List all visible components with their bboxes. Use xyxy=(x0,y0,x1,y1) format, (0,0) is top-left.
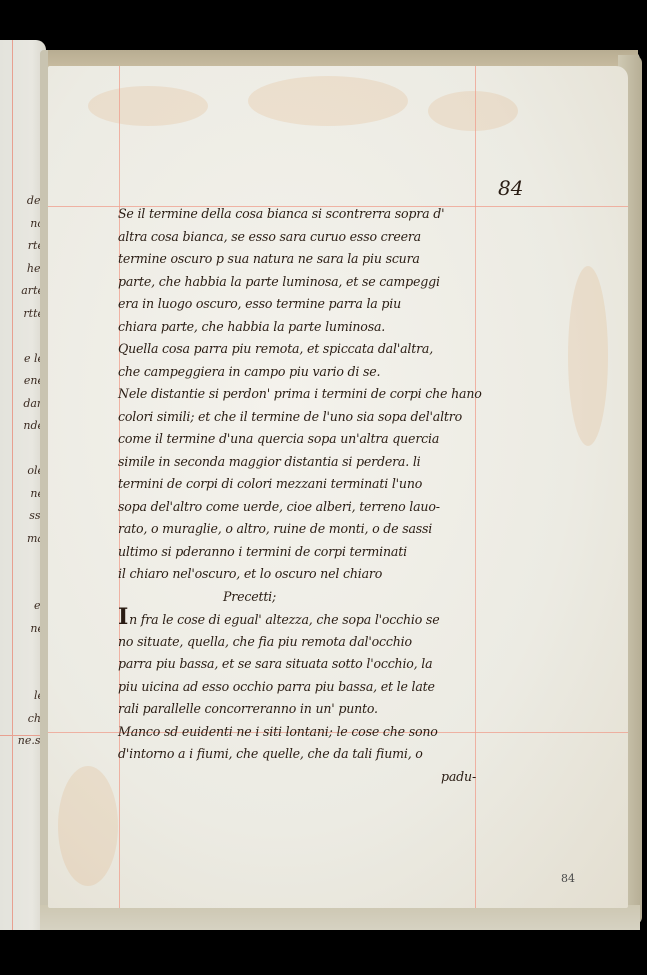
text-line: Nele distantie si perdon' prima i termin… xyxy=(118,383,486,406)
manuscript-text: Se il termine della cosa bianca si scont… xyxy=(118,203,486,788)
text-line: era in luogo oscuro, esso termine parra … xyxy=(118,293,486,316)
fragment: dan xyxy=(0,393,44,416)
text-line: come il termine d'una quercia sopa un'al… xyxy=(118,428,486,451)
text-line: termini de corpi di colori mezzani termi… xyxy=(118,473,486,496)
text-line: simile in seconda maggior distantia si p… xyxy=(118,451,486,474)
fragment: rte xyxy=(0,235,44,258)
text-line: no situate, quella, che fia piu remota d… xyxy=(118,631,486,654)
fragment: e, xyxy=(0,595,44,618)
text-line: piu uicina ad esso occhio parra piu bass… xyxy=(118,676,486,699)
fragment: del xyxy=(0,190,44,213)
text-line: In fra le cose di egual' altezza, che so… xyxy=(118,608,486,631)
text-line: sopa del'altro come uerde, cioe alberi, … xyxy=(118,496,486,519)
foxing-stain xyxy=(58,766,118,886)
fragment: ma xyxy=(0,528,44,551)
text-line: rali parallelle concorreranno in un' pun… xyxy=(118,698,486,721)
fragment: ch' xyxy=(0,708,44,731)
foxing-stain xyxy=(428,91,518,131)
foxing-stain xyxy=(568,266,608,446)
section-paragraphs: In fra le cose di egual' altezza, che so… xyxy=(118,608,486,766)
drop-cap: I xyxy=(118,604,128,630)
foxing-stain xyxy=(248,76,408,126)
folio-number: 84 xyxy=(498,176,523,200)
section-heading: Precetti; xyxy=(118,586,486,609)
text-line: rato, o muraglie, o altro, ruine de mont… xyxy=(118,518,486,541)
text-line: ultimo si pderanno i termini de corpi te… xyxy=(118,541,486,564)
catchword: padu- xyxy=(118,766,486,789)
foxing-stain xyxy=(88,86,208,126)
fragment xyxy=(0,550,44,573)
fragment xyxy=(0,325,44,348)
line-text: Manco sd euidenti ne i siti lontani; le … xyxy=(118,724,438,739)
binding-bottom-edge xyxy=(40,905,640,930)
fragment: t xyxy=(0,438,44,461)
fragment: le xyxy=(0,685,44,708)
text-line: altra cosa bianca, se esso sara curuo es… xyxy=(118,226,486,249)
fragment: ole xyxy=(0,460,44,483)
text-line: parte, che habbia la parte luminosa, et … xyxy=(118,271,486,294)
manuscript-page: 84 Se il termine della cosa bianca si sc… xyxy=(48,66,628,908)
fragment: ne xyxy=(0,483,44,506)
fragment xyxy=(0,640,44,663)
text-line: Quella cosa parra piu remota, et spiccat… xyxy=(118,338,486,361)
line-text: n fra le cose di egual' altezza, che sop… xyxy=(129,612,439,627)
text-line: Se il termine della cosa bianca si scont… xyxy=(118,203,486,226)
main-paragraphs: Se il termine della cosa bianca si scont… xyxy=(118,203,486,586)
fragment: ne.si xyxy=(0,730,44,753)
text-line: che campeggiera in campo piu vario di se… xyxy=(118,361,486,384)
fragment: no xyxy=(0,213,44,236)
fragment xyxy=(0,663,44,686)
left-page-text-fragments: delnortehe,arterttee leenedanndetoleness… xyxy=(0,190,44,753)
text-line: chiara parte, che habbia la parte lumino… xyxy=(118,316,486,339)
fragment: ssi xyxy=(0,505,44,528)
fragment: rtte xyxy=(0,303,44,326)
line-text: piu uicina ad esso occhio parra piu bass… xyxy=(118,679,435,694)
line-text: d'intorno a i fiumi, che quelle, che da … xyxy=(118,746,423,761)
text-line: parra piu bassa, et se sara situata sott… xyxy=(118,653,486,676)
fragment: ne xyxy=(0,618,44,641)
line-text: rali parallelle concorreranno in un' pun… xyxy=(118,701,378,716)
text-line: il chiaro nel'oscuro, et lo oscuro nel c… xyxy=(118,563,486,586)
text-line: d'intorno a i fiumi, che quelle, che da … xyxy=(118,743,486,766)
fragment: ene xyxy=(0,370,44,393)
fragment: he, xyxy=(0,258,44,281)
text-line: colori simili; et che il termine de l'un… xyxy=(118,406,486,429)
fragment xyxy=(0,573,44,596)
line-text: no situate, quella, che fia piu remota d… xyxy=(118,634,412,649)
text-line: termine oscuro p sua natura ne sara la p… xyxy=(118,248,486,271)
fragment: nde xyxy=(0,415,44,438)
text-line: Manco sd euidenti ne i siti lontani; le … xyxy=(118,721,486,744)
line-text: parra piu bassa, et se sara situata sott… xyxy=(118,656,432,671)
fragment: arte xyxy=(0,280,44,303)
fragment: e le xyxy=(0,348,44,371)
stamped-page-number: 84 xyxy=(561,872,575,885)
